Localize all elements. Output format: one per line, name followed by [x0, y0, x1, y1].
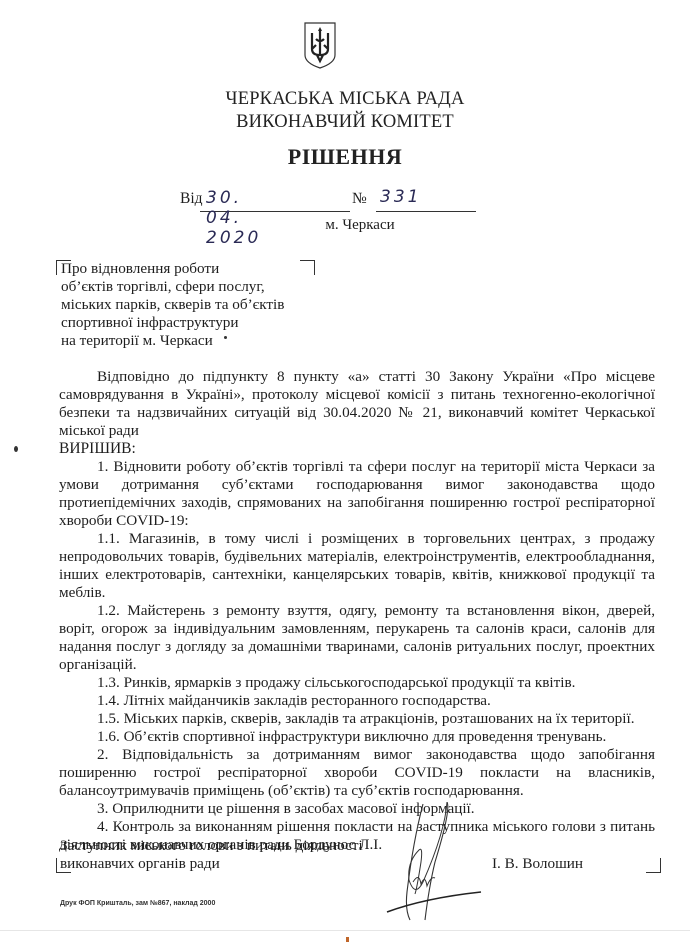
item-1-4: 1.4. Літніх майданчиків закладів рестора…	[59, 692, 655, 710]
scan-speck	[224, 336, 227, 339]
item-1-1: 1.1. Магазинів, в тому числі і розміщени…	[59, 530, 655, 602]
scan-speck	[346, 937, 349, 942]
number-underline	[376, 211, 476, 212]
item-1-3: 1.3. Ринків, ярмарків з продажу сільсько…	[59, 674, 655, 692]
document-type-title: РІШЕННЯ	[0, 144, 690, 170]
organization-name: ЧЕРКАСЬКА МІСЬКА РАДА	[0, 89, 690, 110]
date-label: Від	[180, 190, 203, 208]
subject-line: на території м. Черкаси	[61, 332, 284, 350]
trident-coat-of-arms-icon	[303, 21, 337, 69]
corner-mark-bottom-left	[56, 858, 71, 873]
scan-speck	[14, 446, 18, 452]
item-2: 2. Відповідальність за дотриманням вимог…	[59, 746, 655, 800]
subject-line: Про відновлення роботи	[61, 260, 284, 278]
signatory-name: І. В. Волошин	[492, 855, 583, 873]
item-1: 1. Відновити роботу об’єктів торгівлі та…	[59, 458, 655, 530]
corner-mark-bottom-right	[646, 858, 661, 873]
subject-line: об’єктів торгівлі, сфери послуг,	[61, 278, 284, 296]
committee-name: ВИКОНАВЧИЙ КОМІТЕТ	[0, 112, 690, 133]
subject-line: спортивної інфраструктури	[61, 314, 284, 332]
page-edge-divider	[0, 930, 690, 931]
number-label: №	[352, 190, 367, 208]
document-subject: Про відновлення роботи об’єктів торгівлі…	[61, 260, 284, 350]
handwritten-number: 331	[380, 187, 421, 207]
position-line: Заступник міського голови з питань діяль…	[60, 837, 363, 855]
item-1-6: 1.6. Об’єктів спортивної інфраструктури …	[59, 728, 655, 746]
signatory-position: Заступник міського голови з питань діяль…	[60, 837, 363, 873]
position-line: виконавчих органів ради	[60, 855, 363, 873]
preamble-paragraph: Відповідно до підпункту 8 пункту «а» ста…	[59, 368, 655, 440]
resolved-heading: ВИРІШИВ:	[59, 440, 655, 458]
subject-line: міських парків, скверів та об’єктів	[61, 296, 284, 314]
item-3: 3. Оприлюднити це рішення в засобах масо…	[59, 800, 655, 818]
printer-info: Друк ФОП Кришталь, зам №867, наклад 2000	[60, 900, 215, 907]
city-name: м. Черкаси	[0, 217, 690, 234]
document-body: Відповідно до підпункту 8 пункту «а» ста…	[59, 368, 655, 854]
handwritten-signature-icon	[385, 802, 485, 922]
item-1-2: 1.2. Майстерень з ремонту взуття, одягу,…	[59, 602, 655, 674]
item-1-5: 1.5. Міських парків, скверів, закладів т…	[59, 710, 655, 728]
corner-mark-top-right	[300, 260, 315, 275]
